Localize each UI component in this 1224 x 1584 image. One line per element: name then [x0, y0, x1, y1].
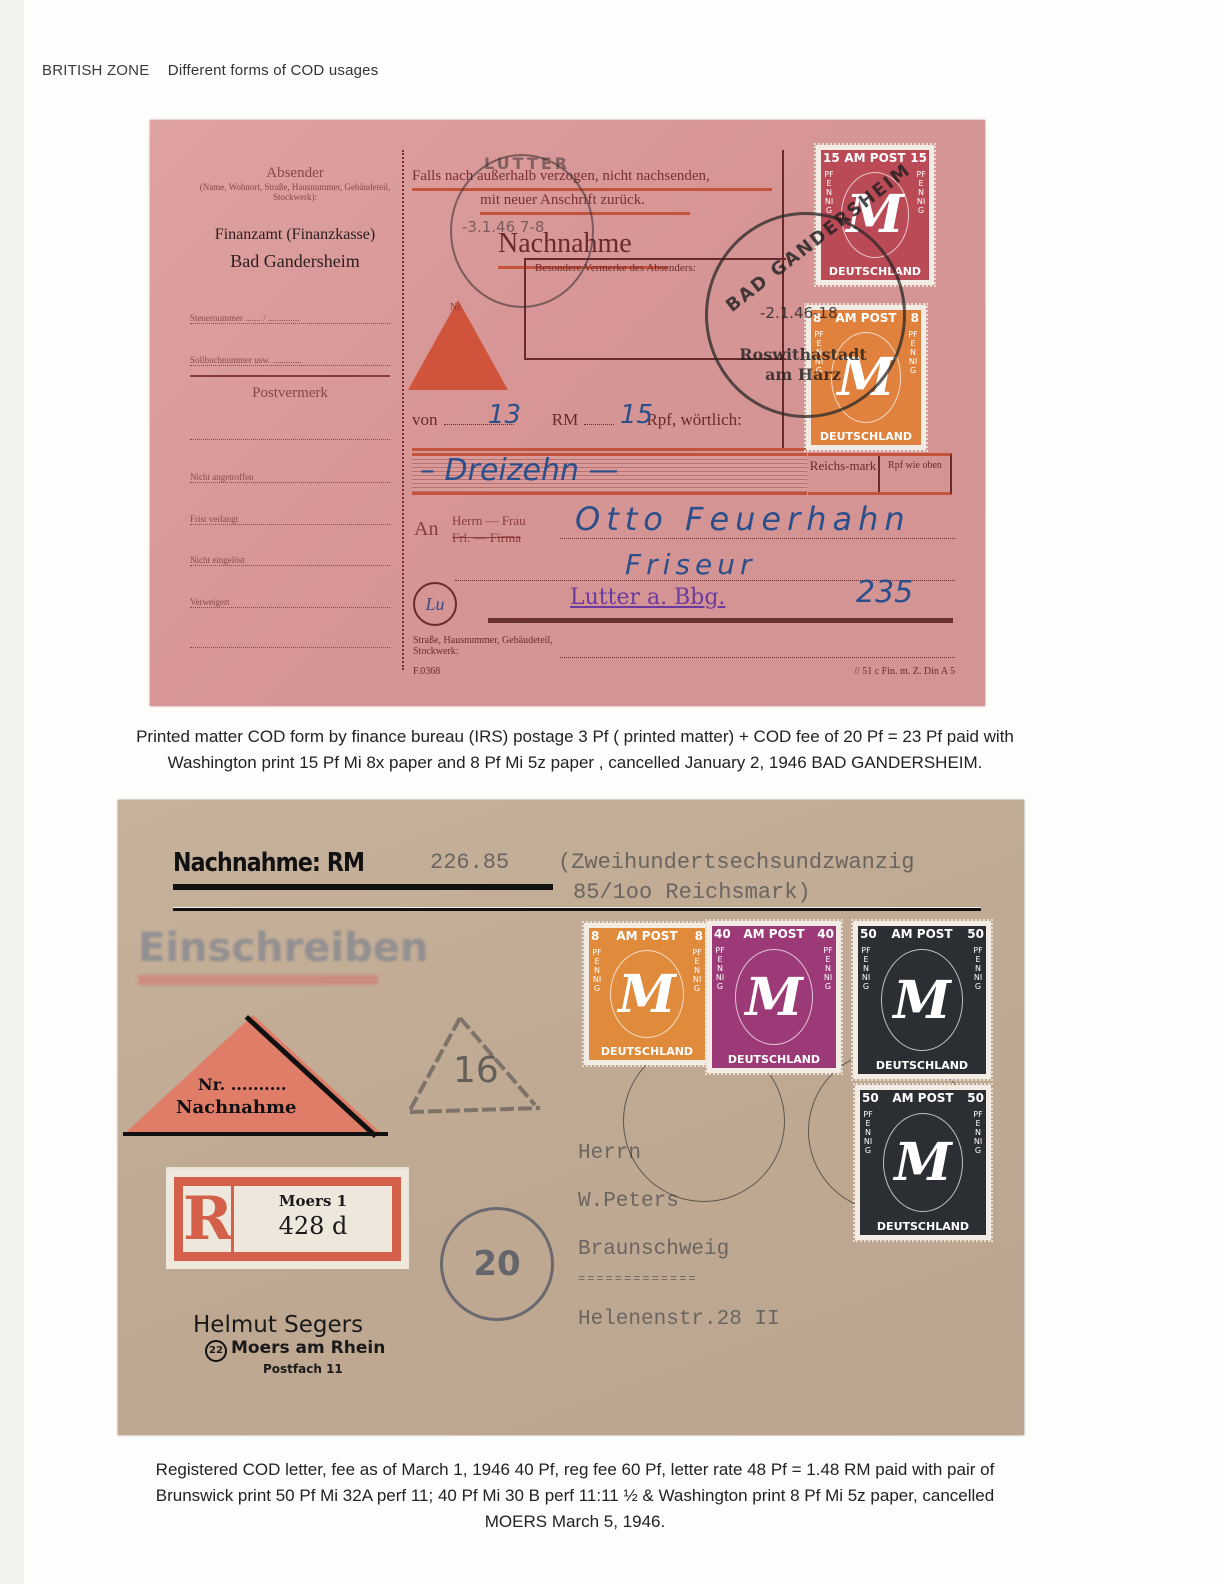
label-word: Nachnahme	[176, 1097, 297, 1118]
einschreiben-underline	[138, 975, 378, 985]
amount-words: – Dreizehn —	[420, 453, 619, 488]
caption-2-line-1: Registered COD letter, fee as of March 1…	[20, 1457, 1130, 1483]
cod-amount: 226.85	[430, 850, 509, 875]
ring-cancel: 20	[440, 1207, 554, 1321]
absender-hint: (Name, Wohnort, Straße, Hausnummer, Gebä…	[190, 182, 400, 202]
postmark-bad-date: -2.1.46-18	[760, 304, 838, 322]
circle-mark: Lu	[413, 582, 457, 626]
stamp-50pf: 50AM POST50PFENNIGMPFENNIGDEUTSCHLAND	[853, 921, 991, 1079]
absender-block: Absender (Name, Wohnort, Straße, Hausnum…	[190, 165, 400, 202]
an-option-2: Frl. — Firma	[452, 529, 526, 546]
stamp-side-text: PFENNIG	[973, 1110, 983, 1215]
postmark-lutter-date: -3.1.46 7-8	[462, 218, 544, 236]
sender-city-line: 22Moers am Rhein	[205, 1338, 385, 1362]
triangle-number: 16	[453, 1050, 499, 1091]
rpf-wie-oben: Rpf wie oben	[878, 456, 950, 492]
stamp-value: 8	[911, 311, 919, 325]
stamp-country: DEUTSCHLAND	[589, 1044, 705, 1060]
stamp-side-text: PFENNIG	[908, 330, 918, 425]
caption-2: Registered COD letter, fee as of March 1…	[20, 1457, 1130, 1535]
stamp-side-text: PFENNIG	[692, 948, 702, 1040]
sender-postbox: Postfach 11	[263, 1362, 385, 1376]
einschreiben-stamp: Einschreiben	[138, 925, 428, 971]
steuernummer-field: Steuernummer ....... / ..............	[190, 313, 390, 324]
separator	[190, 375, 390, 377]
rpf-unit: Rpf, wörtlich:	[646, 410, 741, 429]
strasse-label: Straße, Hausnummer, Gebäudeteil, Stockwe…	[413, 635, 553, 657]
stamp-value: 50	[860, 927, 877, 941]
stamp-face: 50AM POST50PFENNIGMPFENNIGDEUTSCHLAND	[858, 926, 986, 1074]
stamp-am-post: AM POST	[892, 1091, 953, 1105]
field-frist-verlangt: Frist verlangt	[190, 514, 390, 525]
recipient-town: Lutter a. Bbg.	[570, 585, 725, 610]
address-line	[560, 657, 955, 658]
caption-1-line-1: Printed matter COD form by finance burea…	[20, 724, 1130, 750]
stamp-side-text: PFENNIG	[592, 948, 602, 1040]
label-nr: Nr. ..........	[198, 1075, 286, 1094]
registered-cod-envelope: Nachnahme: RM 226.85 (Zweihundertsechsun…	[118, 800, 1024, 1435]
stamp-value: 8	[591, 929, 599, 943]
field-nicht-angetroffen: Nicht angetroffen	[190, 472, 390, 483]
stamp-top: 50AM POST50	[860, 1090, 986, 1106]
page-heading: BRITISH ZONE Different forms of COD usag…	[42, 62, 378, 79]
postmark-lutter-town: LUTTER	[484, 154, 570, 173]
stamp-top: 15AM POST15	[821, 150, 929, 166]
stamp-country: DEUTSCHLAND	[858, 1058, 986, 1074]
postmark-bad-slogan: Roswithastadt am Harz	[728, 345, 878, 385]
sender-name: Finanzamt (Finanzkasse) Bad Gandersheim	[190, 222, 400, 274]
stamp-40pf: 40AM POST40PFENNIGMPFENNIGDEUTSCHLAND	[707, 921, 841, 1073]
reg-number: 428 d	[234, 1212, 392, 1240]
stamp-m-icon: M	[883, 1113, 963, 1212]
stamp-m-icon: M	[735, 949, 814, 1046]
rm-unit: RM	[552, 410, 578, 429]
stamp-8pf: 8AM POST8PFENNIGMPFENNIGDEUTSCHLAND	[584, 923, 710, 1065]
recipient-job: Friseur	[625, 548, 756, 581]
cod-words-1: (Zweihundertsechsundzwanzig	[558, 850, 914, 875]
stamp-value: 40	[714, 927, 731, 941]
card-divider	[402, 150, 405, 670]
stamp-50pf: 50AM POST50PFENNIGMPFENNIGDEUTSCHLAND	[855, 1085, 991, 1240]
caption-1: Printed matter COD form by finance burea…	[20, 724, 1130, 776]
page-left-edge	[0, 0, 24, 1584]
stamp-value: 15	[823, 151, 840, 165]
sender-block: Helmut Segers 22Moers am Rhein Postfach …	[193, 1312, 385, 1376]
stamp-am-post: AM POST	[891, 927, 952, 941]
postvermerk-label: Postvermerk	[190, 385, 390, 402]
stamp-country: DEUTSCHLAND	[860, 1219, 986, 1235]
an-options: Herrn — Frau Frl. — Firma	[452, 512, 526, 546]
an-option-1: Herrn — Frau	[452, 512, 526, 529]
amount-rpf: 15	[620, 400, 653, 430]
sollbuch-field: Sollbuchnummer usw. .............	[190, 355, 390, 366]
stamp-face: 8AM POST8PFENNIGMPFENNIGDEUTSCHLAND	[589, 928, 705, 1060]
cod-rule	[173, 908, 981, 911]
stamp-side-text: PFENNIG	[823, 946, 833, 1048]
district-badge: 22	[205, 1340, 227, 1362]
form-number: F.0368	[413, 666, 440, 677]
blank-line	[190, 425, 390, 440]
field-nicht-eingeloest: Nicht eingelöst	[190, 555, 390, 566]
cod-heading-bar	[173, 884, 553, 890]
reichsmark-box: Reichs-mark Rpf wie oben	[808, 453, 952, 495]
stamp-face: 40AM POST40PFENNIGMPFENNIGDEUTSCHLAND	[712, 926, 836, 1068]
stamp-middle: PFENNIGMPFENNIG	[589, 944, 705, 1044]
nachnahme-triangle-icon	[408, 300, 508, 390]
stamp-side-text: PFENNIG	[861, 946, 871, 1054]
sender-line-2: Bad Gandersheim	[190, 248, 400, 274]
stamp-value: 15	[910, 151, 927, 165]
stamp-value: 8	[695, 929, 703, 943]
absender-label: Absender	[190, 165, 400, 182]
von-label: von	[412, 410, 438, 429]
stamp-value: 50	[967, 927, 984, 941]
stamp-side-text: PFENNIG	[863, 1110, 873, 1215]
amount-row: von RM Rpf, wörtlich:	[412, 410, 742, 430]
stamp-top: 40AM POST40	[712, 926, 836, 942]
sender-line-1: Finanzamt (Finanzkasse)	[190, 222, 400, 248]
reg-letter: R	[183, 1186, 234, 1252]
recipient-name: Otto Feuerhahn	[575, 500, 911, 538]
recipient-code: 235	[856, 575, 913, 610]
stamp-value: 50	[862, 1091, 879, 1105]
stamp-side-text: PFENNIG	[715, 946, 725, 1048]
field-verweigert: Verweigert	[190, 597, 390, 608]
address-line	[560, 538, 955, 539]
address-line-4: Helenenstr.28 II	[578, 1296, 780, 1344]
an-label: An	[414, 518, 438, 541]
address-underline: =============	[578, 1274, 780, 1284]
stamp-am-post: AM POST	[743, 927, 804, 941]
label-base	[123, 1132, 388, 1136]
sender-city: Moers am Rhein	[231, 1338, 385, 1358]
cod-form-card: Absender (Name, Wohnort, Straße, Hausnum…	[150, 120, 985, 706]
registration-label: R Moers 1 428 d	[166, 1167, 409, 1269]
stamp-country: DEUTSCHLAND	[712, 1052, 836, 1068]
heading-title: Different forms of COD usages	[168, 62, 379, 79]
blank-line	[190, 637, 390, 648]
red-rule	[412, 448, 807, 451]
stamp-country: DEUTSCHLAND	[811, 429, 921, 445]
cod-words-2: 85/1oo Reichsmark)	[573, 880, 811, 905]
stamp-middle: PFENNIGMPFENNIG	[858, 942, 986, 1058]
reg-office: Moers 1	[234, 1192, 392, 1210]
heading-zone: BRITISH ZONE	[42, 62, 149, 79]
stamp-face: 50AM POST50PFENNIGMPFENNIGDEUTSCHLAND	[860, 1090, 986, 1235]
stamp-m-icon: M	[881, 949, 962, 1051]
amount-rm: 13	[488, 400, 521, 430]
print-info: // 51 c Fin. m. Z. Din A 5	[854, 666, 955, 677]
caption-1-line-2: Washington print 15 Pf Mi 8x paper and 8…	[20, 750, 1130, 776]
address-line-3: Braunschweig	[578, 1226, 780, 1274]
cod-heading: Nachnahme: RM	[173, 848, 364, 878]
stamp-side-text: PFENNIG	[973, 946, 983, 1054]
stamp-m-icon: M	[610, 950, 684, 1038]
stamp-top: 8AM POST8	[589, 928, 705, 944]
triangle-nr: Nr.	[450, 302, 463, 313]
stamp-middle: PFENNIGMPFENNIG	[712, 942, 836, 1052]
stamp-am-post: AM POST	[616, 929, 677, 943]
stamp-value: 40	[817, 927, 834, 941]
stamp-value: 50	[967, 1091, 984, 1105]
stamp-middle: PFENNIGMPFENNIG	[860, 1106, 986, 1219]
stamp-side-text: PFENNIG	[916, 170, 926, 260]
sender-name: Helmut Segers	[193, 1312, 385, 1338]
stamp-top: 50AM POST50	[858, 926, 986, 942]
caption-2-line-3: MOERS March 5, 1946.	[20, 1509, 1130, 1535]
reichsmark-label: Reichs-mark	[808, 456, 878, 492]
brown-rule	[488, 618, 953, 623]
caption-2-line-2: Brunswick print 50 Pf Mi 32A perf 11; 40…	[20, 1483, 1130, 1509]
